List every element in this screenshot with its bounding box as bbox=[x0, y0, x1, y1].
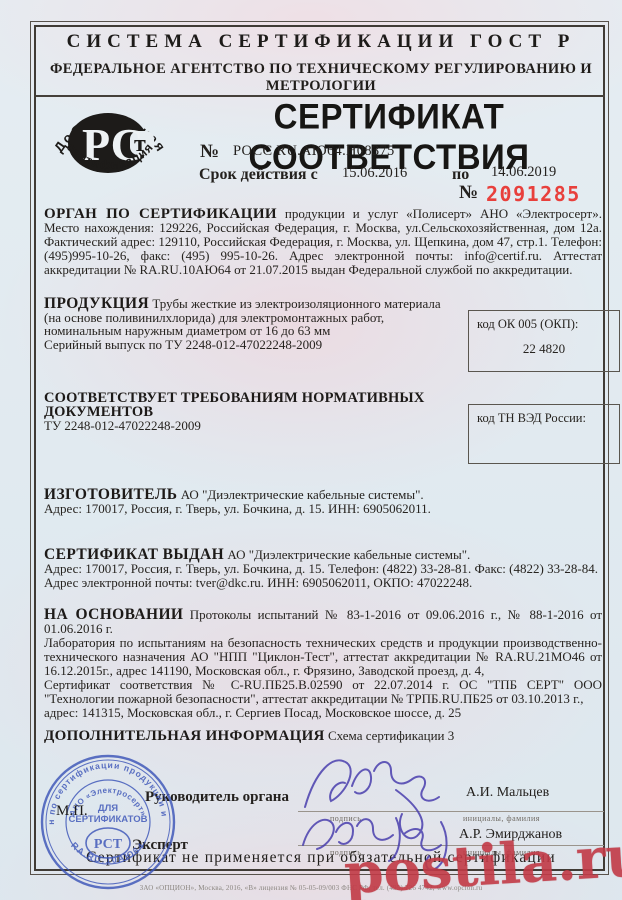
stamp-center-mark: РСТ bbox=[94, 837, 123, 852]
issued-to-name: АО "Диэлектрические кабельные системы". bbox=[227, 547, 470, 562]
okp-code-box: код ОК 005 (ОКП): 22 4820 bbox=[468, 310, 620, 372]
okp-code-label: код ОК 005 (ОКП): bbox=[477, 317, 611, 332]
valid-to-date: 14.06.2019 bbox=[491, 164, 556, 181]
head-signature-caption: подпись bbox=[330, 814, 361, 823]
organ-details: Место нахождения: 129226, Российская Фед… bbox=[44, 220, 602, 277]
tnved-code-box: код ТН ВЭД России: bbox=[468, 404, 620, 464]
head-signature-line bbox=[298, 811, 452, 812]
stamp-center-line1: ДЛЯ bbox=[98, 803, 118, 814]
form-number-symbol: № bbox=[459, 182, 478, 204]
issued-to-section: СЕРТИФИКАТ ВЫДАН АО "Диэлектрические каб… bbox=[44, 548, 602, 590]
okp-code-value: 22 4820 bbox=[477, 341, 611, 357]
reg-number-symbol: № bbox=[200, 141, 219, 163]
organ-intro: продукции и услуг «Полисерт» АНО «Электр… bbox=[285, 206, 602, 221]
certificate-page: { "header": { "system_line": "СИСТЕМА СЕ… bbox=[0, 0, 622, 900]
compliance-section-label: СООТВЕТСТВУЕТ ТРЕБОВАНИЯМ НОРМАТИВНЫХ ДО… bbox=[44, 391, 464, 419]
reg-number-value: РОСС RU.АЮ64.Н08375 bbox=[233, 143, 395, 160]
compliance-section: СООТВЕТСТВУЕТ ТРЕБОВАНИЯМ НОРМАТИВНЫХ ДО… bbox=[44, 391, 464, 433]
certification-body-section: ОРГАН ПО СЕРТИФИКАЦИИ продукции и услуг … bbox=[44, 207, 602, 277]
compliance-document: ТУ 2248-012-47022248-2009 bbox=[44, 419, 464, 433]
certification-stamp-icon: Орган по сертификации продукции и услуг … bbox=[33, 747, 183, 897]
head-name-line bbox=[438, 811, 604, 812]
rst-logo-icon: Добровольная РС т сертификация bbox=[44, 84, 176, 198]
head-name: А.И. Мальцев bbox=[466, 785, 549, 801]
issued-to-details: Адрес: 170017, Россия, г. Тверь, ул. Боч… bbox=[44, 562, 602, 590]
additional-info-label: ДОПОЛНИТЕЛЬНАЯ ИНФОРМАЦИЯ bbox=[44, 728, 325, 744]
form-number-value: 2091285 bbox=[486, 182, 581, 206]
basis-section: НА ОСНОВАНИИ Протоколы испытаний № 83-1-… bbox=[44, 608, 602, 720]
valid-from-date: 15.06.2016 bbox=[342, 165, 407, 182]
additional-info-section: ДОПОЛНИТЕЛЬНАЯ ИНФОРМАЦИЯ Схема сертифик… bbox=[44, 729, 602, 743]
manufacturer-name: АО "Диэлектрические кабельные системы". bbox=[181, 487, 424, 502]
basis-details: Лаборатория по испытаниям на безопасност… bbox=[44, 636, 602, 720]
certification-system-heading: СИСТЕМА СЕРТИФИКАЦИИ ГОСТ Р bbox=[36, 31, 606, 53]
validity-label: Срок действия с bbox=[199, 166, 318, 184]
manufacturer-section: ИЗГОТОВИТЕЛЬ АО "Диэлектрические кабельн… bbox=[44, 488, 602, 516]
head-name-caption: инициалы, фамилия bbox=[463, 814, 540, 823]
product-section: ПРОДУКЦИЯ Трубы жесткие из электроизоляц… bbox=[44, 297, 464, 351]
manufacturer-details: Адрес: 170017, Россия, г. Тверь, ул. Боч… bbox=[44, 502, 602, 516]
stamp-place-label: М.П. bbox=[56, 803, 88, 820]
tnved-code-label: код ТН ВЭД России: bbox=[477, 411, 611, 426]
additional-info-value: Схема сертификации 3 bbox=[328, 728, 454, 743]
